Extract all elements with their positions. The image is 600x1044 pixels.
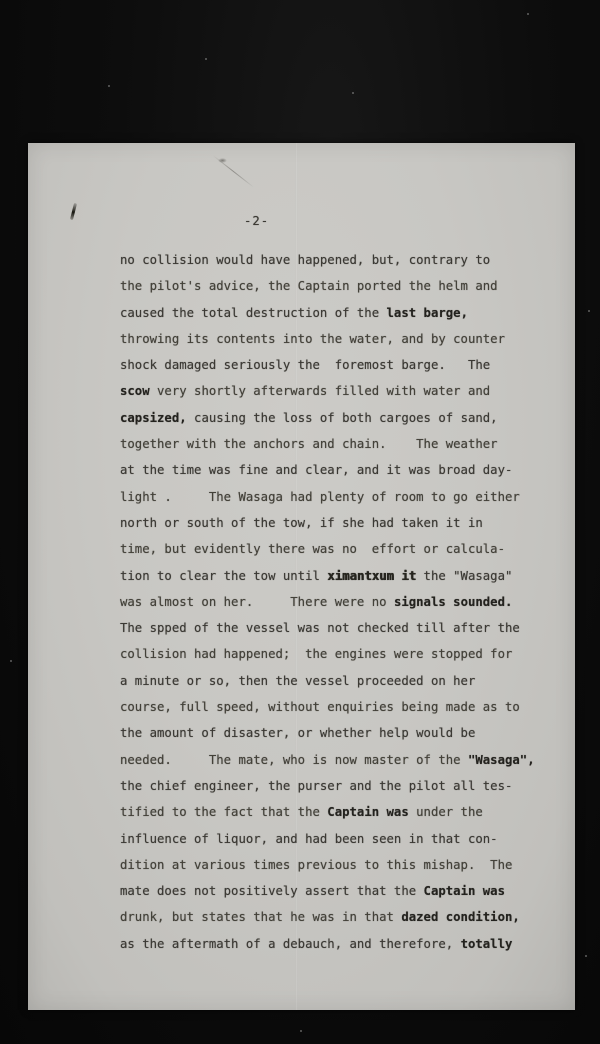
typed-line: as the aftermath of a debauch, and there… xyxy=(120,931,535,957)
typed-line: drunk, but states that he was in that da… xyxy=(120,904,535,930)
typed-line: throwing its contents into the water, an… xyxy=(120,326,535,352)
dust-speck xyxy=(300,1030,302,1032)
dust-speck xyxy=(527,13,529,15)
typed-line: dition at various times previous to this… xyxy=(120,852,535,878)
overstruck-text: ximantxum it xyxy=(327,569,416,583)
typed-line: The spped of the vessel was not checked … xyxy=(120,615,535,641)
typed-line: tified to the fact that the Captain was … xyxy=(120,799,535,825)
typed-line: at the time was fine and clear, and it w… xyxy=(120,457,535,483)
document-page: -2- no collision would have happened, bu… xyxy=(28,143,575,1010)
typed-line: tion to clear the tow until ximantxum it… xyxy=(120,563,535,589)
dust-speck xyxy=(205,58,207,60)
ink-smudge xyxy=(218,158,227,163)
typed-line: no collision would have happened, but, c… xyxy=(120,247,535,273)
typed-line: was almost on her. There were no signals… xyxy=(120,589,535,615)
typed-line: light . The Wasaga had plenty of room to… xyxy=(120,484,535,510)
typed-line: caused the total destruction of the last… xyxy=(120,300,535,326)
typed-line: time, but evidently there was no effort … xyxy=(120,536,535,562)
scan-background: -2- no collision would have happened, bu… xyxy=(0,0,600,1044)
typed-body-text: no collision would have happened, but, c… xyxy=(120,247,535,957)
dust-speck xyxy=(352,92,354,94)
dust-speck xyxy=(585,955,587,957)
page-number: -2- xyxy=(244,214,269,228)
typed-line: scow very shortly afterwards filled with… xyxy=(120,378,535,404)
handwritten-tick-mark xyxy=(70,203,77,220)
typed-line: influence of liquor, and had been seen i… xyxy=(120,826,535,852)
typed-line: the pilot's advice, the Captain ported t… xyxy=(120,273,535,299)
dust-speck xyxy=(10,660,12,662)
typed-line: collision had happened; the engines were… xyxy=(120,641,535,667)
typed-line: north or south of the tow, if she had ta… xyxy=(120,510,535,536)
typed-line: together with the anchors and chain. The… xyxy=(120,431,535,457)
typed-line: the chief engineer, the purser and the p… xyxy=(120,773,535,799)
typed-line: mate does not positively assert that the… xyxy=(120,878,535,904)
typed-line: course, full speed, without enquiries be… xyxy=(120,694,535,720)
typed-line: capsized, causing the loss of both cargo… xyxy=(120,405,535,431)
typed-line: the amount of disaster, or whether help … xyxy=(120,720,535,746)
dust-speck xyxy=(108,85,110,87)
dust-speck xyxy=(588,310,590,312)
typed-line: a minute or so, then the vessel proceede… xyxy=(120,668,535,694)
typed-line: needed. The mate, who is now master of t… xyxy=(120,747,535,773)
typed-line: shock damaged seriously the foremost bar… xyxy=(120,352,535,378)
